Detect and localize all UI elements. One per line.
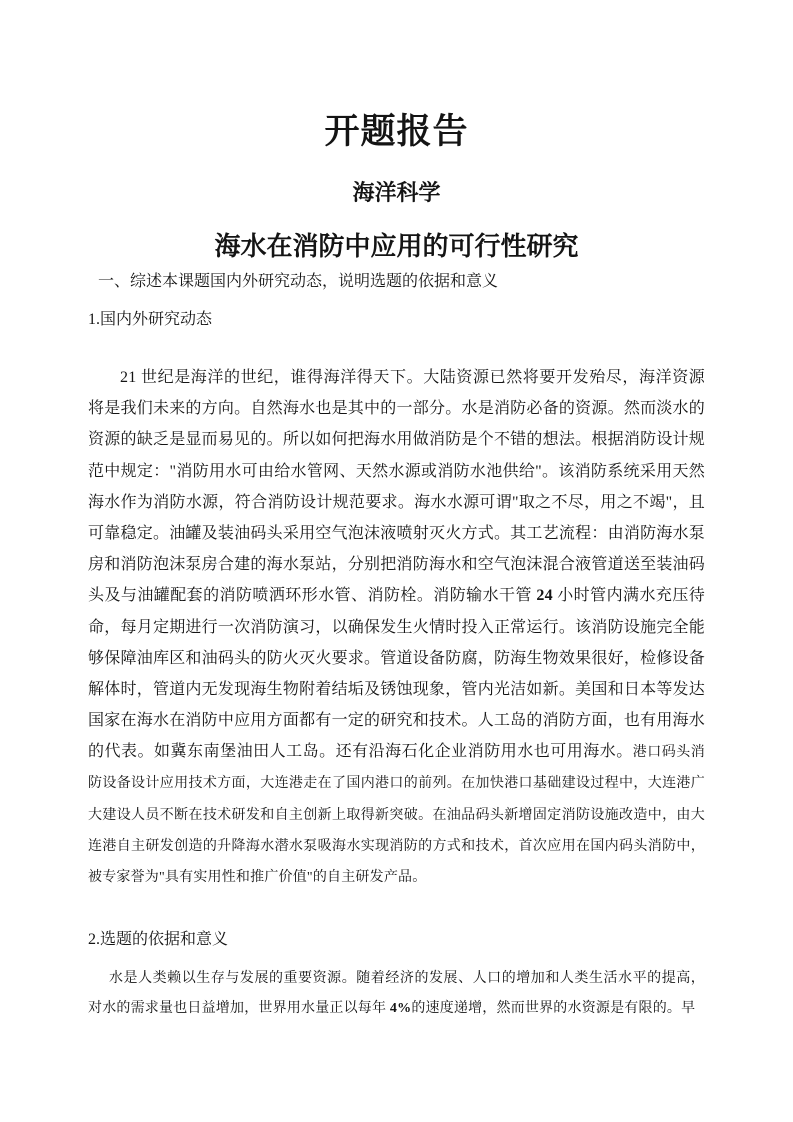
subsection-2-heading: 2.选题的依据和意义 <box>88 928 705 952</box>
subject-heading: 海洋科学 <box>88 180 705 206</box>
para2-text-run-2: 的速度递增，然而世界的水资源是有限的。早 <box>411 1001 695 1016</box>
topic-heading: 海水在消防中应用的可行性研究 <box>88 232 705 262</box>
document-page: 开题报告 海洋科学 海水在消防中应用的可行性研究 一、综述本课题国内外研究动态，… <box>0 0 793 1122</box>
para1-bold-number: 24 <box>536 587 552 604</box>
para2-bold-percentage: 4% <box>390 1001 411 1016</box>
paragraph-topic-significance: 水是人类赖以生存与发展的重要资源。随着经济的发展、人口的增加和人类生活水平的提高… <box>88 964 705 1023</box>
section-1-heading: 一、综述本课题国内外研究动态，说明选题的依据和意义 <box>88 270 705 294</box>
paragraph-research-status: 21 世纪是海洋的世纪，谁得海洋得天下。大陆资源已然将要开发殆尽，海洋资源将是我… <box>88 362 705 892</box>
para1-text-run-small: 港口码头消防设备设计应用技术方面，大连港走在了国内港口的前列。在加快港口基础建设… <box>88 745 705 885</box>
para1-text-run-1: 21 世纪是海洋的世纪，谁得海洋得天下。大陆资源已然将要开发殆尽，海洋资源将是我… <box>88 369 705 604</box>
subsection-1-heading: 1.国内外研究动态 <box>88 308 705 332</box>
document-title: 开题报告 <box>88 112 705 152</box>
para1-text-run-2: 小时管内满水充压待命，每月定期进行一次消防演习，以确保发生火情时投入正常运行。该… <box>88 587 705 760</box>
